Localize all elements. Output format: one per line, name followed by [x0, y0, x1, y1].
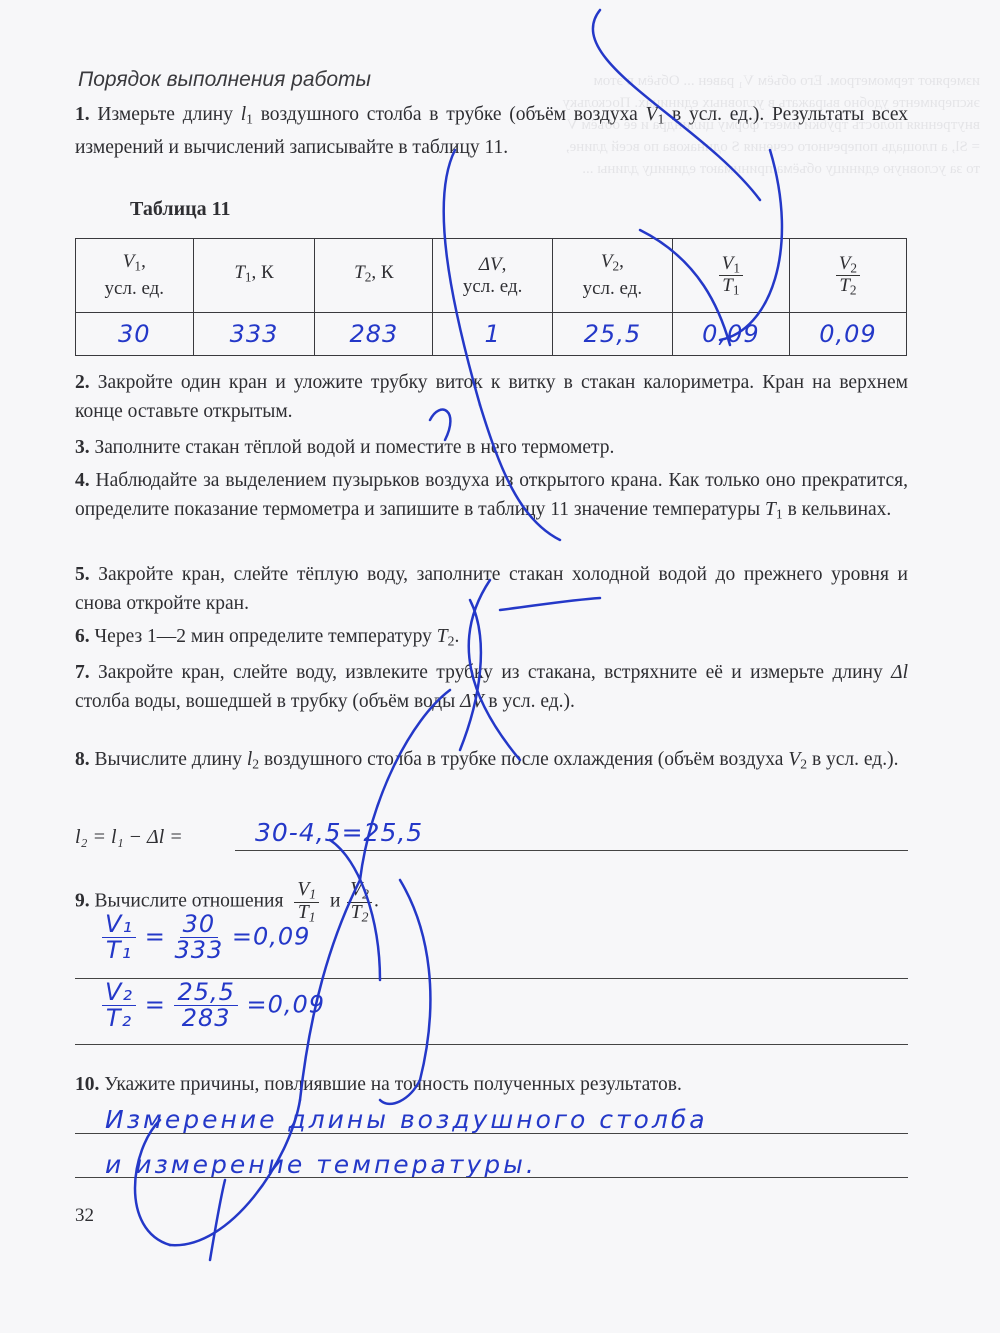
header-v2: V2,усл. ед.	[552, 239, 672, 313]
l2-answer[interactable]: 30-4,5=25,5	[255, 818, 423, 847]
cell-v1[interactable]: 30	[76, 313, 194, 356]
header-v1-over-t1: V1T1	[672, 239, 789, 313]
header-t2: T2, К	[315, 239, 433, 313]
header-t1: T1, К	[193, 239, 315, 313]
answer-line-ratio2	[75, 1044, 908, 1045]
answer-line-l2	[235, 850, 908, 851]
header-delta-v: ΔV,усл. ед.	[433, 239, 553, 313]
cell-delta-v[interactable]: 1	[433, 313, 553, 356]
header-v1: V1,усл. ед.	[76, 239, 194, 313]
cell-v1-over-t1[interactable]: 0,09	[672, 313, 789, 356]
answer-line-reason1	[75, 1133, 908, 1134]
step-8: 8. Вычислите длину l2 воздушного столба …	[75, 745, 908, 778]
ratio1-lhs[interactable]: V₁T₁ = 30333 =0,09	[102, 912, 310, 963]
step-2: 2. Закройте один кран и уложите трубку в…	[75, 368, 908, 426]
cell-v2-over-t2[interactable]: 0,09	[789, 313, 906, 356]
table-11: V1,усл. ед. T1, К T2, К ΔV,усл. ед. V2,у…	[75, 238, 907, 356]
header-v2-over-t2: V2T2	[789, 239, 906, 313]
step-3: 3. Заполните стакан тёплой водой и помес…	[75, 433, 908, 462]
cell-v2[interactable]: 25,5	[552, 313, 672, 356]
table-header-row: V1,усл. ед. T1, К T2, К ΔV,усл. ед. V2,у…	[76, 239, 907, 313]
workbook-page: измеряют термометром. Его объём V₁ равен…	[0, 0, 1000, 1333]
table-caption: Таблица 11	[130, 198, 231, 221]
step-7: 7. Закройте кран, слейте воду, извлеките…	[75, 658, 908, 716]
step-5: 5. Закройте кран, слейте тёплую воду, за…	[75, 560, 908, 618]
section-heading: Порядок выполнения работы	[78, 68, 371, 92]
table-data-row: 30 333 283 1 25,5 0,09 0,09	[76, 313, 907, 356]
reason-line-1[interactable]: Измерение длины воздушного столба	[105, 1105, 708, 1134]
page-number: 32	[75, 1205, 94, 1227]
step-10: 10. Укажите причины, повлиявшие на точно…	[75, 1070, 908, 1099]
l2-formula-label: l₂ = l₁ − Δl =	[75, 826, 183, 849]
reason-line-2[interactable]: и измерение температуры.	[105, 1150, 537, 1179]
step-4: 4. Наблюдайте за выделением пузырьков во…	[75, 466, 908, 528]
cell-t2[interactable]: 283	[315, 313, 433, 356]
answer-line-reason2	[75, 1177, 908, 1178]
ratio2-lhs[interactable]: V₂T₂ = 25,5283 =0,09	[102, 980, 325, 1031]
step-6: 6. Через 1—2 мин определите температуру …	[75, 622, 908, 655]
cell-t1[interactable]: 333	[193, 313, 315, 356]
step-1: 1. Измерьте длину l1 воздушного столба в…	[75, 100, 908, 162]
